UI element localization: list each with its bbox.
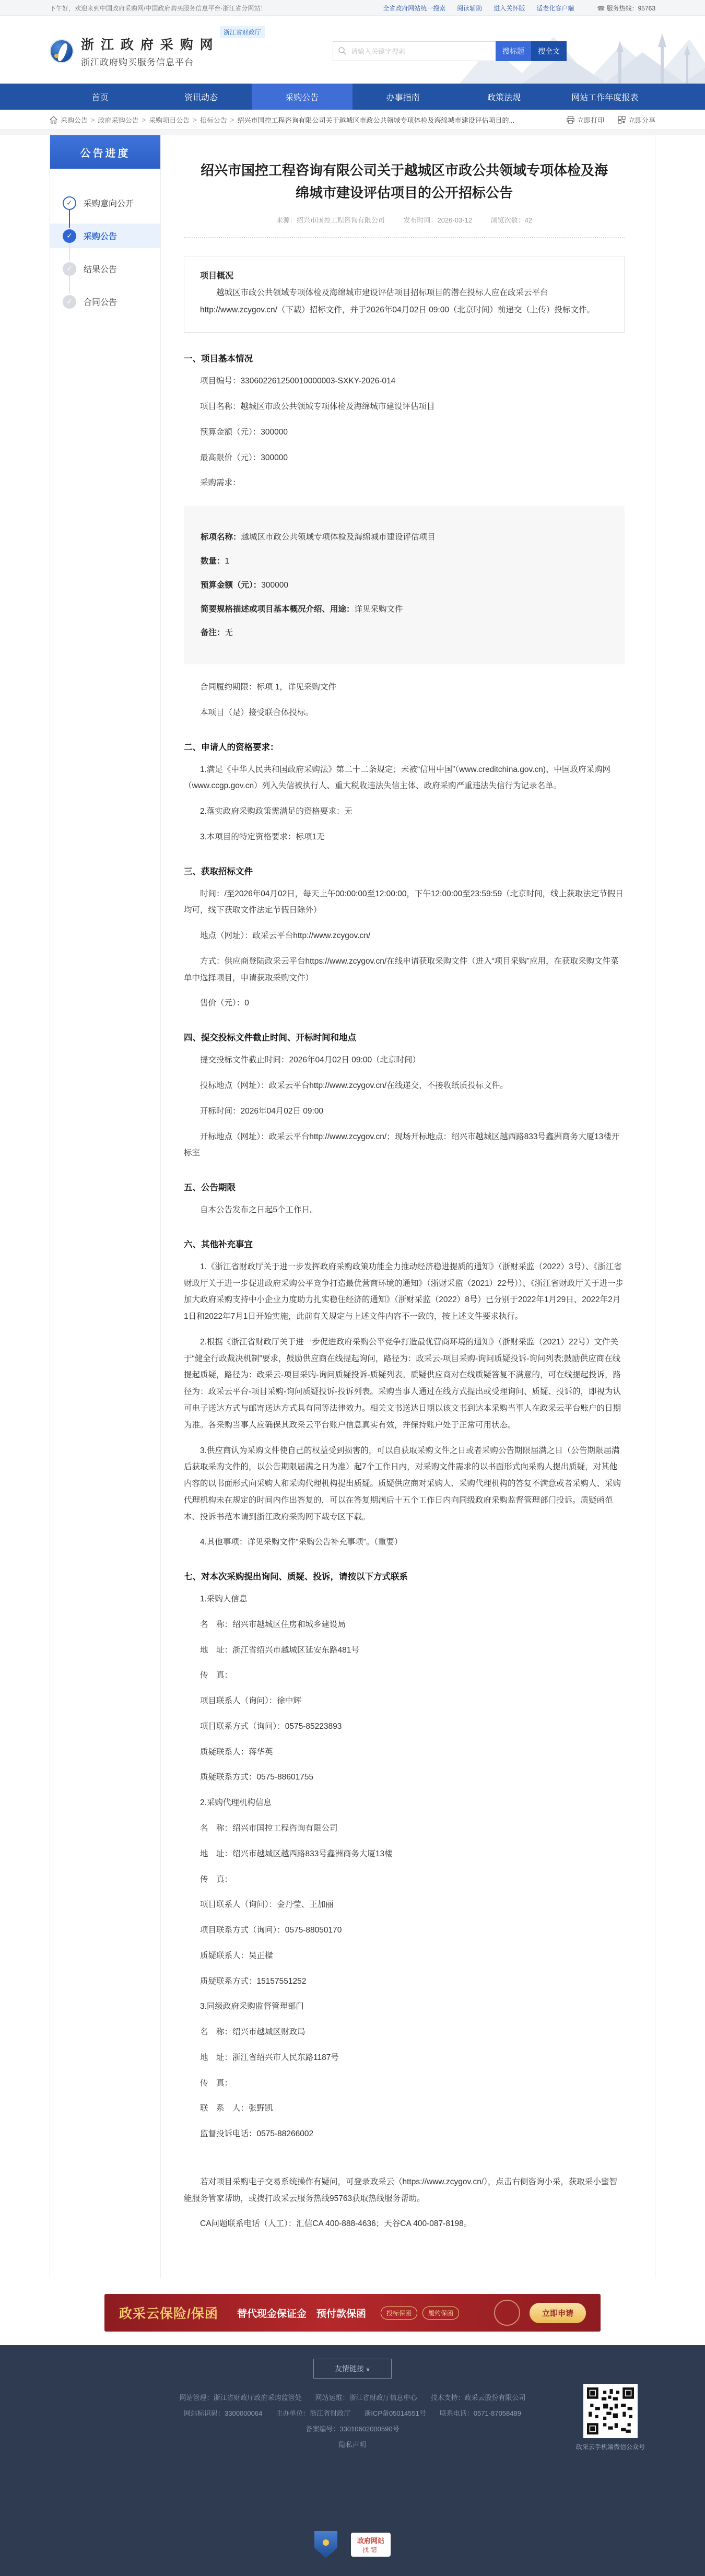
breadcrumb-item[interactable]: 采购公告 xyxy=(61,115,88,125)
page-title: 绍兴市国控工程咨询有限公司关于越城区市政公共领域专项体检及海绵城市建设评估项目的… xyxy=(199,159,609,204)
article-paragraph: 1.采购人信息 xyxy=(184,1591,625,1608)
article-paragraph: 2.根据《浙江省财政厅关于进一步促进政府采购公平竞争打造最优营商环境的通知》（浙… xyxy=(184,1334,625,1434)
section-heading: 六、其他补充事宜 xyxy=(184,1237,625,1250)
section-heading: 七、对本次采购提出询问、质疑、投诉，请按以下方式联系 xyxy=(184,1570,625,1582)
section-heading: 五、公告期限 xyxy=(184,1180,625,1193)
breadcrumb-separator: > xyxy=(142,116,146,124)
breadcrumb-item[interactable]: 采购项目公告 xyxy=(149,115,190,125)
article-paragraph: 项目联系方式（询问）：0575-85223893 xyxy=(184,1718,625,1735)
qr-code xyxy=(583,2384,638,2438)
nav-item-1[interactable]: 首页 xyxy=(50,84,150,110)
check-filled-icon xyxy=(63,229,76,243)
article-paragraph: 开标地点（网址）：政采云平台http://www.zcygov.cn/；现场开标… xyxy=(184,1129,625,1162)
banner-pill-label: 履约保函 xyxy=(422,2306,459,2320)
search-input[interactable] xyxy=(333,41,496,61)
nav-item-6[interactable]: 网站工作年度报表 xyxy=(555,84,655,110)
spacer xyxy=(184,2151,625,2165)
section-heading: 三、获取招标文件 xyxy=(184,864,625,877)
article-paragraph: 质疑联系方式：15157551252 xyxy=(184,1973,625,1990)
article-paragraph: 售价（元）：0 xyxy=(184,995,625,1012)
meta-view-count: 浏览次数：42 xyxy=(491,216,532,224)
article-paragraph: 名 称：绍兴市越城区住房和城乡建设局 xyxy=(184,1617,625,1633)
nav-item-3[interactable]: 采购公告 xyxy=(252,84,352,110)
banner-pills: 投标保函履约保函 xyxy=(381,2306,459,2320)
article-paragraph: 质疑联系方式：0575-88601755 xyxy=(184,1769,625,1786)
lot-detail-line: 简要规格描述或项目基本概况介绍、用途：详见采购文件 xyxy=(201,601,608,618)
article-paragraph: 提交投标文件截止时间：2026年04月02日 09:00（北京时间） xyxy=(184,1052,625,1069)
sidebar-title: 公告进度 xyxy=(50,135,160,169)
site-error-report-badge[interactable]: 政府网站 找错 xyxy=(351,2533,391,2557)
apply-now-button[interactable]: 立即申请 xyxy=(530,2303,586,2323)
topbar: 下午好，欢迎来到中国政府采购网/中国政府购买服务信息平台·浙江省分网站！ 全省政… xyxy=(0,0,705,16)
article-paragraph: 4.其他事项：详见采购文件“采购公告补充事项”。（重要） xyxy=(184,1534,625,1551)
article-meta: 来源：绍兴市国控工程咨询有限公司 发布时间：2026-03-12 浏览次数：42 xyxy=(184,215,625,225)
site-footer: 友情链接 网站管理：浙江省财政厅政府采购监管处 网站运维：浙江省财政厅信息中心 … xyxy=(0,2345,705,2576)
section-heading: 二、申请人的资格要求： xyxy=(184,740,625,753)
nav-item-4[interactable]: 办事指南 xyxy=(352,84,453,110)
share-qr-icon xyxy=(618,116,626,124)
qr-caption: 政采云手机端微信公众号 xyxy=(576,2442,645,2451)
footer-text-row: 网站标识码：3300000064 主办单位：浙江省财政厅 浙ICP备050145… xyxy=(50,2406,655,2421)
banner-seal-icon xyxy=(494,2300,520,2326)
org-badge: 浙江省财政厅 xyxy=(220,26,265,38)
article-paragraph: 地点（网址）：政采云平台http://www.zcygov.cn/ xyxy=(184,928,625,944)
sidebar-item-label: 合同公告 xyxy=(84,298,117,307)
share-button[interactable]: 立即分享 xyxy=(618,115,655,125)
article-body: 一、项目基本情况项目编号：330602261250010000003-SXKY-… xyxy=(184,352,625,2232)
article-paragraph: 传 真： xyxy=(184,1871,625,1888)
article-paragraph: 联 系 人：张野凯 xyxy=(184,2100,625,2117)
sidebar-item-pending[interactable]: 合同公告 xyxy=(50,289,160,314)
article-paragraph: 名 称：绍兴市越城区财政局 xyxy=(184,2024,625,2041)
search-title-button[interactable]: 搜标题 xyxy=(496,41,531,61)
print-button[interactable]: 立即打印 xyxy=(567,115,604,125)
site-title: 浙 江 政 府 采 购 网 xyxy=(81,34,215,53)
nav-item-5[interactable]: 政策法规 xyxy=(453,84,554,110)
article-paragraph: 若对项目采购电子交易系统操作有疑问，可登录政采云（https://www.zcy… xyxy=(184,2174,625,2207)
article-paragraph: 3.本项目的特定资格要求：标项1无 xyxy=(184,829,625,846)
footer-qr-block: 政采云手机端微信公众号 xyxy=(576,2384,645,2451)
meta-publish-time: 发布时间：2026-03-12 xyxy=(404,216,473,224)
breadcrumb-separator: > xyxy=(91,116,95,124)
printer-icon xyxy=(567,116,574,124)
overview-title: 项目概况 xyxy=(200,269,608,281)
breadcrumb-item: 绍兴市国控工程咨询有限公司关于越城区市政公共领域专项体检及海绵城市建设评估项目的… xyxy=(237,115,514,125)
site-titles: 浙 江 政 府 采 购 网 浙江政府购买服务信息平台 xyxy=(81,34,215,68)
article-paragraph: 地 址：浙江省绍兴市人民东路1187号 xyxy=(184,2050,625,2066)
article-paragraph: 方式：供应商登陆政采云平台https://www.zcygov.cn/在线申请获… xyxy=(184,953,625,987)
topbar-link[interactable]: 全省政府网站统一搜索 xyxy=(383,4,445,13)
article-paragraph: CA问题联系电话（人工）：汇信CA 400-888-4636；天谷CA 400-… xyxy=(184,2216,625,2232)
sidebar-list: 采购意向公开采购公告结果公告合同公告 xyxy=(50,169,160,354)
content-card: 公告进度 采购意向公开采购公告结果公告合同公告 绍兴市国控工程咨询有限公司关于越… xyxy=(50,135,655,2278)
progress-connector xyxy=(69,210,70,228)
breadcrumb-item[interactable]: 政府采购公告 xyxy=(98,115,139,125)
divider-band xyxy=(0,130,705,135)
article-paragraph: 本项目（是）接受联合体投标。 xyxy=(184,705,625,721)
banner-subtitle: 替代现金保证金 预付款保函 xyxy=(237,2306,366,2320)
sidebar-item-label: 采购意向公开 xyxy=(84,200,134,208)
lot-detail-line: 预算金额（元）：300000 xyxy=(201,577,608,594)
gov-site-badge-icon[interactable] xyxy=(314,2531,337,2558)
banner-title: 政采云保险/保函 xyxy=(119,2303,218,2322)
main-nav: 首页资讯动态采购公告办事指南政策法规网站工作年度报表 xyxy=(0,84,705,110)
article-paragraph: 项目联系人（询问）：徐中辉 xyxy=(184,1693,625,1709)
nav-item-2[interactable]: 资讯动态 xyxy=(150,84,251,110)
topbar-link[interactable]: 阅读辅助 xyxy=(457,4,482,13)
meta-source: 来源：绍兴市国控工程咨询有限公司 xyxy=(276,216,385,224)
article-paragraph: 时间：/至2026年04月02日，每天上午00:00:00至12:00:00，下… xyxy=(184,886,625,919)
announcement-article: 绍兴市国控工程咨询有限公司关于越城区市政公共领域专项体检及海绵城市建设评估项目的… xyxy=(161,135,655,2278)
article-paragraph: 预算金额（元）：300000 xyxy=(184,424,625,441)
project-overview-box: 项目概况 越城区市政公共领域专项体检及海绵城市建设评估项目招标项目的潜在投标人应… xyxy=(184,256,625,333)
section-heading: 一、项目基本情况 xyxy=(184,352,625,364)
search-fulltext-button[interactable]: 搜全文 xyxy=(531,41,567,61)
footer-badges: 政府网站 找错 xyxy=(50,2531,655,2558)
article-paragraph: 监督投诉电话：0575-88266002 xyxy=(184,2126,625,2142)
article-paragraph: 3.同级政府采购监督管理部门 xyxy=(184,1998,625,2015)
article-paragraph: 传 真： xyxy=(184,2075,625,2092)
article-paragraph: 质疑联系人：吴正樑 xyxy=(184,1948,625,1964)
check-circle-icon xyxy=(63,196,76,210)
topbar-link[interactable]: 进入关怀版 xyxy=(494,4,525,13)
article-paragraph: 项目名称：越城区市政公共领域专项体检及海绵城市建设评估项目 xyxy=(184,399,625,415)
welcome-text: 下午好，欢迎来到中国政府采购网/中国政府购买服务信息平台·浙江省分网站！ xyxy=(50,4,266,13)
nav-items: 首页资讯动态采购公告办事指南政策法规网站工作年度报表 xyxy=(50,84,655,110)
sidebar-item-label: 采购公告 xyxy=(84,232,117,241)
article-paragraph: 自本公告发布之日起5个工作日。 xyxy=(184,1202,625,1219)
sidebar-item-active[interactable]: 采购公告 xyxy=(50,224,160,248)
progress-connector xyxy=(69,243,70,261)
footer-text-row: 网站管理：浙江省财政厅政府采购监管处 网站运维：浙江省财政厅信息中心 技术支持：… xyxy=(50,2390,655,2406)
breadcrumb-separator: > xyxy=(230,116,234,124)
breadcrumb-item[interactable]: 招标公告 xyxy=(200,115,227,125)
friend-links-dropdown[interactable]: 友情链接 xyxy=(313,2359,392,2379)
progress-connector xyxy=(69,276,70,294)
article-paragraph: 2.落实政府采购政策需满足的资格要求：无 xyxy=(184,803,625,820)
article-paragraph: 名 称：绍兴市国控工程咨询有限公司 xyxy=(184,1820,625,1837)
article-paragraph: 地 址：浙江省绍兴市越城区延安东路481号 xyxy=(184,1642,625,1659)
banner-pill-label: 投标保函 xyxy=(381,2306,417,2320)
footer-text-row: 隐私声明 xyxy=(50,2437,655,2453)
site-header: 浙 江 政 府 采 购 网 浙江政府购买服务信息平台 浙江省财政厅 搜标题 搜全… xyxy=(0,16,705,84)
dotted-divider xyxy=(184,237,625,238)
site-subtitle: 浙江政府购买服务信息平台 xyxy=(81,55,215,68)
sidebar-item-label: 结果公告 xyxy=(84,265,117,274)
article-paragraph: 1.《浙江省财政厅关于进一步发挥政府采购政策功能全力推动经济稳进提质的通知》（浙… xyxy=(184,1259,625,1325)
check-circle-icon xyxy=(63,262,76,276)
home-icon xyxy=(50,116,57,124)
lot-detail-line: 数量：1 xyxy=(201,553,608,570)
search-icon xyxy=(338,46,346,55)
sidebar-item-pending[interactable]: 结果公告 xyxy=(50,256,160,281)
topbar-link[interactable]: 适老化客户端 xyxy=(536,4,574,13)
article-paragraph: 开标时间：2026年04月02日 09:00 xyxy=(184,1103,625,1120)
lot-detail-line: 标项名称：越城区市政公共领域专项体检及海绵城市建设评估项目 xyxy=(201,529,608,546)
breadcrumb-separator: > xyxy=(193,116,197,124)
article-paragraph: 项目联系人（询问）：金丹莹、王加丽 xyxy=(184,1896,625,1913)
article-paragraph: 2.采购代理机构信息 xyxy=(184,1795,625,1811)
insurance-ad-banner[interactable]: 政采云保险/保函 替代现金保证金 预付款保函 投标保函履约保函 立即申请 xyxy=(104,2294,601,2332)
overview-body: 越城区市政公共领域专项体检及海绵城市建设评估项目招标项目的潜在投标人应在政采云平… xyxy=(200,284,608,319)
article-paragraph: 项目联系方式（询问）：0575-88050170 xyxy=(184,1922,625,1939)
footer-text-row: 备案编号：33010602000590号 xyxy=(50,2421,655,2437)
breadcrumb-bar: 采购公告>政府采购公告>采购项目公告>招标公告>绍兴市国控工程咨询有限公司关于越… xyxy=(0,110,705,130)
article-paragraph: 传 真： xyxy=(184,1667,625,1684)
topbar-links: 全省政府网站统一搜索阅读辅助进入关怀版适老化客户端服务热线：95763 xyxy=(383,4,655,13)
progress-sidebar: 公告进度 采购意向公开采购公告结果公告合同公告 xyxy=(50,135,161,2278)
article-paragraph: 质疑联系人：蒋华英 xyxy=(184,1744,625,1761)
article-paragraph: 地 址：绍兴市越城区越西路833号鑫洲商务大厦13楼 xyxy=(184,1846,625,1863)
article-paragraph: 合同履约期限：标项 1，详见采购文件 xyxy=(184,679,625,696)
article-paragraph: 3.供应商认为采购文件使自己的权益受到损害的，可以自获取采购文件之日或者采购公告… xyxy=(184,1443,625,1526)
article-paragraph: 项目编号：330602261250010000003-SXKY-2026-014 xyxy=(184,373,625,390)
hotline-label: 服务热线：95763 xyxy=(597,4,655,13)
article-paragraph: 最高限价（元）：300000 xyxy=(184,450,625,466)
search-bar: 搜标题 搜全文 xyxy=(333,41,567,61)
article-paragraph: 投标地点（网址）：政采云平台http://www.zcygov.cn/在线递交，… xyxy=(184,1078,625,1094)
breadcrumb: 采购公告>政府采购公告>采购项目公告>招标公告>绍兴市国控工程咨询有限公司关于越… xyxy=(61,115,514,125)
lot-detail-box: 标项名称：越城区市政公共领域专项体检及海绵城市建设评估项目数量：1预算金额（元）… xyxy=(184,506,625,664)
sidebar-item-done[interactable]: 采购意向公开 xyxy=(50,191,160,215)
lot-detail-line: 备注：无 xyxy=(201,625,608,641)
footer-rows: 网站管理：浙江省财政厅政府采购监管处 网站运维：浙江省财政厅信息中心 技术支持：… xyxy=(50,2390,655,2453)
article-paragraph: 采购需求： xyxy=(184,475,625,491)
section-heading: 四、提交投标文件截止时间、开标时间和地点 xyxy=(184,1031,625,1043)
site-logo-icon xyxy=(50,39,74,63)
check-circle-icon xyxy=(63,295,76,309)
article-paragraph: 1.满足《中华人民共和国政府采购法》第二十二条规定；未被“信用中国”（www.c… xyxy=(184,762,625,795)
